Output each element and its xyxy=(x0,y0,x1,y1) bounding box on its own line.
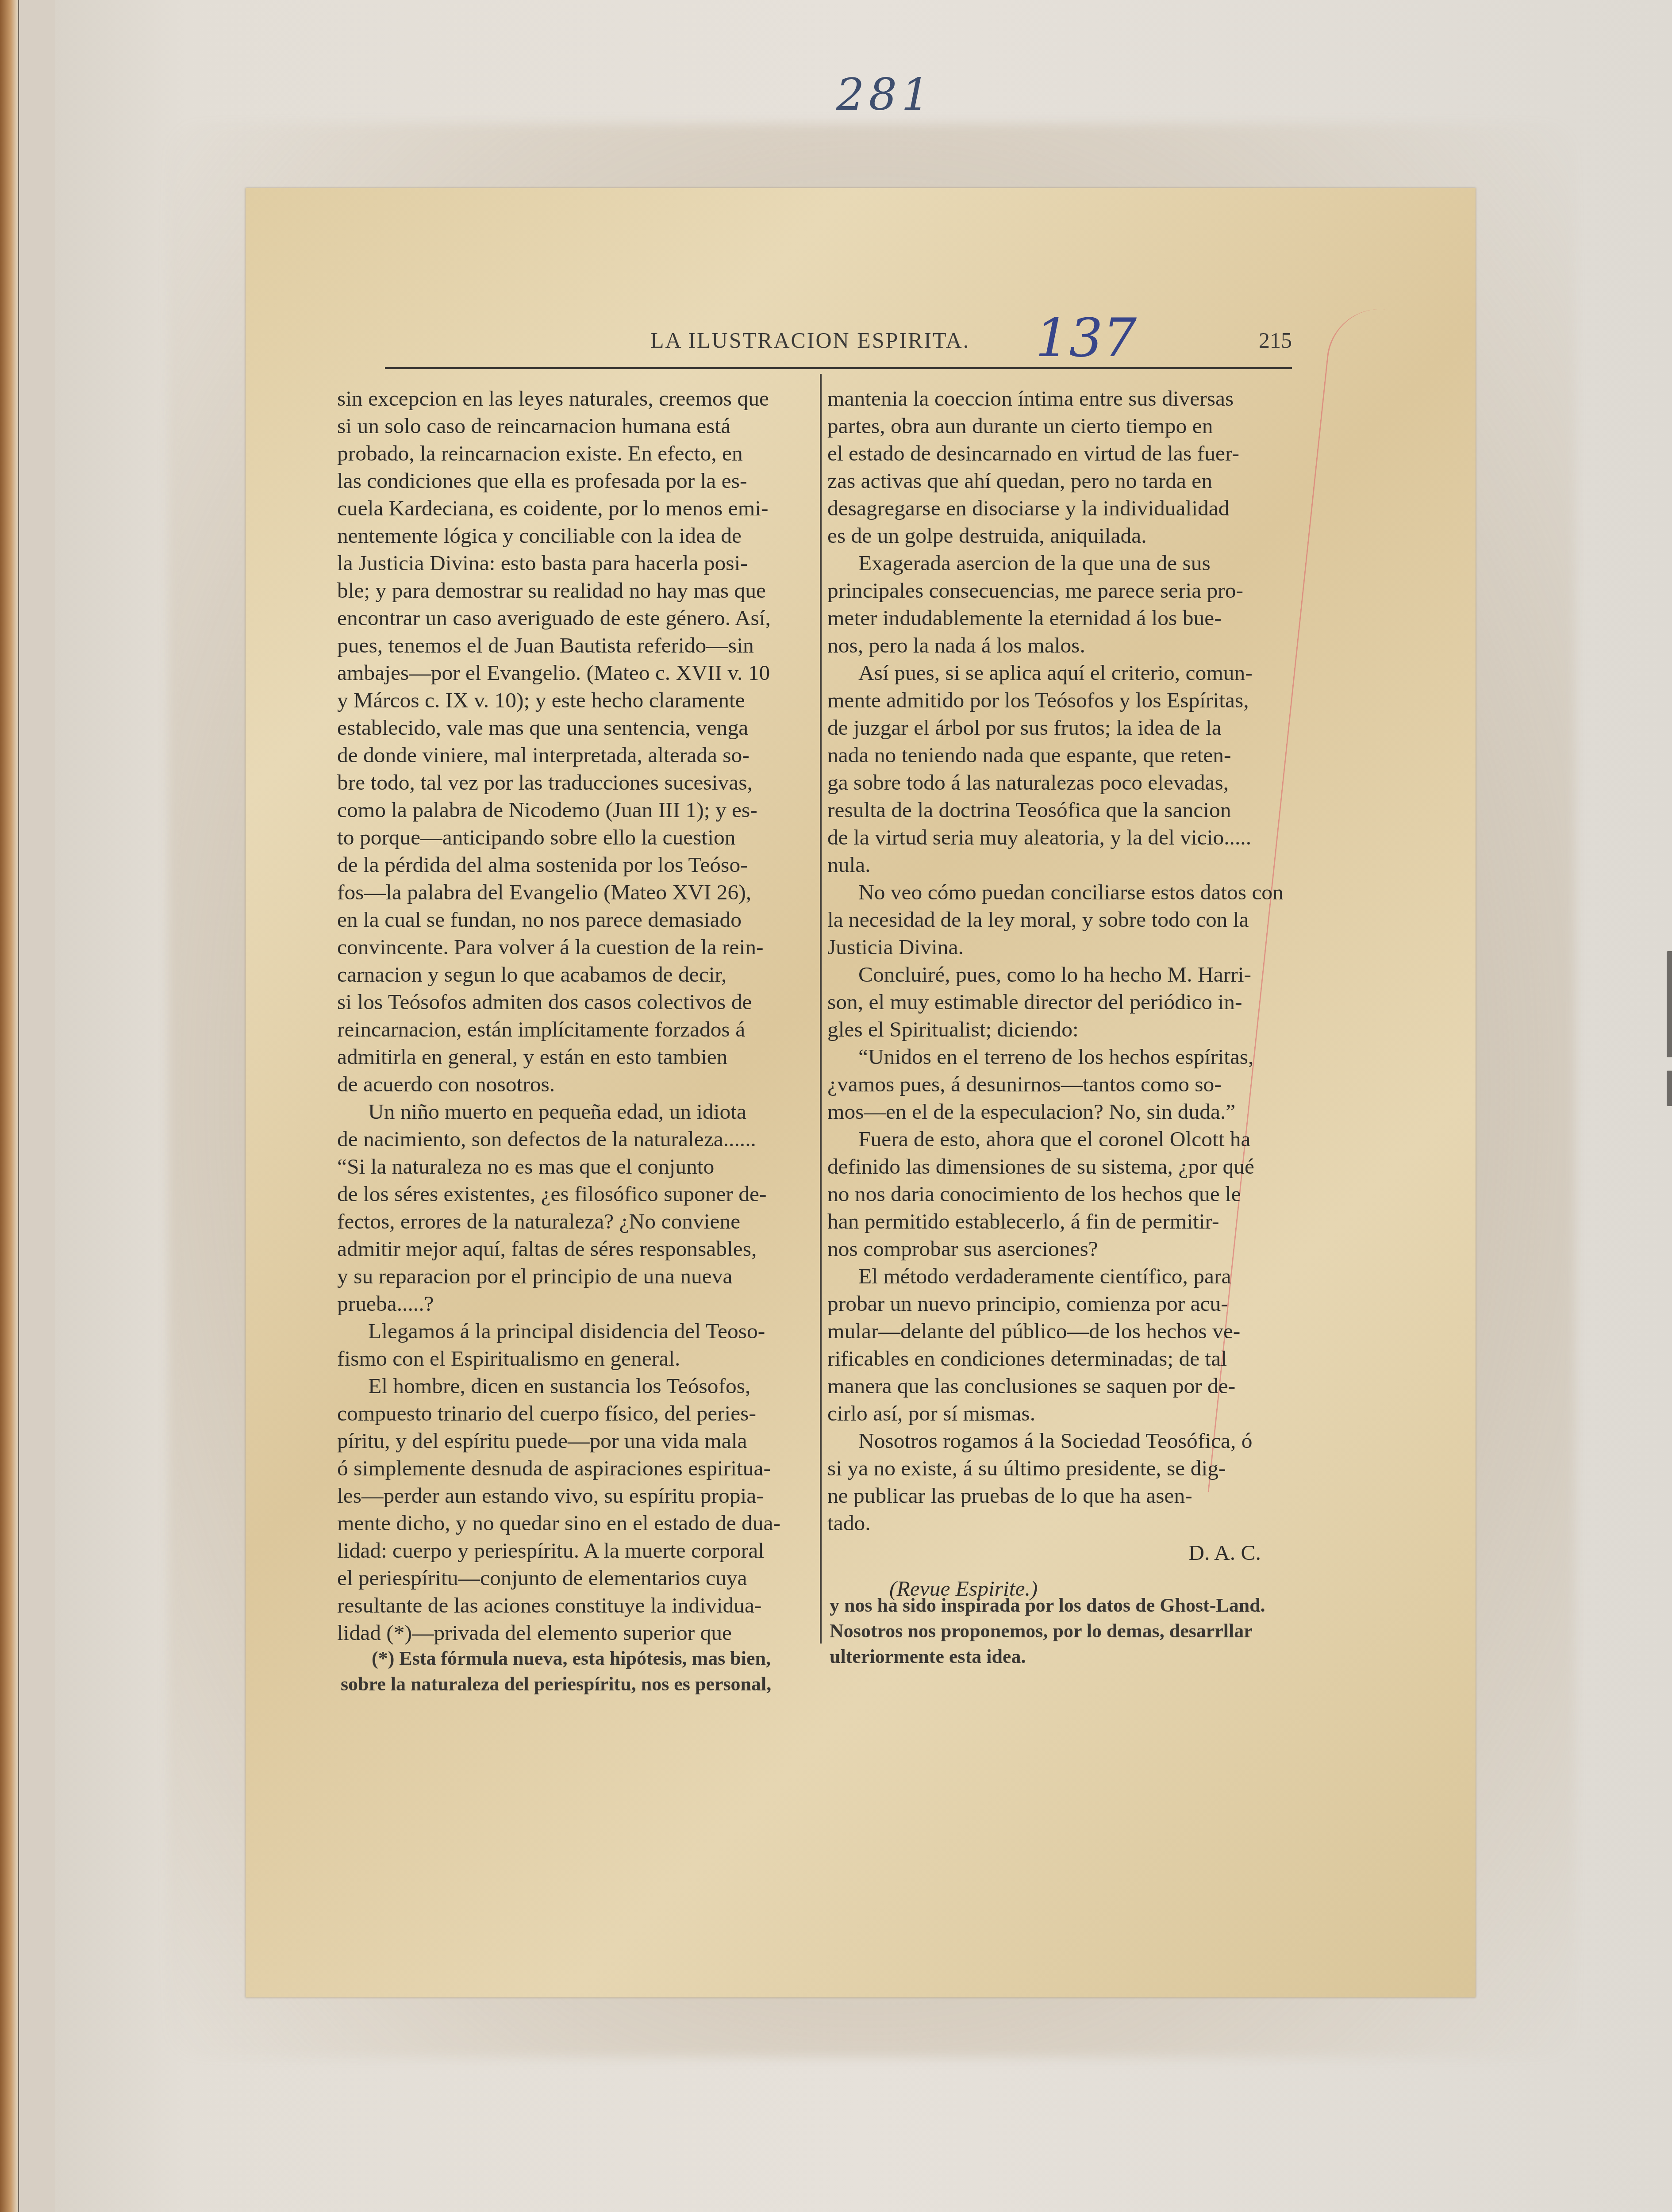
text-line: principales consecuencias, me parece ser… xyxy=(827,577,1305,604)
text-line: resulta de la doctrina Teosófica que la … xyxy=(827,796,1305,824)
text-line: fismo con el Espiritualismo en general. xyxy=(337,1345,824,1372)
text-line: bre todo, tal vez por las traducciones s… xyxy=(337,769,824,796)
text-line: nentemente lógica y conciliable con la i… xyxy=(337,522,824,549)
text-line: de la virtud seria muy aleatoria, y la d… xyxy=(827,824,1305,851)
text-line: resultante de las aciones constituye la … xyxy=(337,1592,824,1619)
text-line: y su reparacion por el principio de una … xyxy=(337,1263,824,1290)
text-line: sin excepcion en las leyes naturales, cr… xyxy=(337,385,824,412)
text-line: Llegamos á la principal disidencia del T… xyxy=(337,1317,824,1345)
text-line: El hombre, dicen en sustancia los Teósof… xyxy=(337,1372,824,1400)
text-line: de donde viniere, mal interpretada, alte… xyxy=(337,741,824,769)
text-line: las condiciones que ella es profesada po… xyxy=(337,467,824,495)
running-head: LA ILUSTRACION ESPIRITA. 215 xyxy=(385,327,1292,369)
page-tab-marker xyxy=(1667,1071,1672,1106)
text-line: Exagerada asercion de la que una de sus xyxy=(827,549,1305,577)
text-line: lidad (*)—privada del elemento superior … xyxy=(337,1619,824,1647)
text-line: ble; y para demostrar su realidad no hay… xyxy=(337,577,824,604)
text-line: definido las dimensiones de su sistema, … xyxy=(827,1153,1305,1180)
text-line: píritu, y del espíritu puede—por una vid… xyxy=(337,1427,824,1455)
text-line: lidad: cuerpo y periespíritu. A la muert… xyxy=(337,1537,824,1564)
text-line: “Si la naturaleza no es mas que el conju… xyxy=(337,1153,824,1180)
text-line: les—perder aun estando vivo, su espíritu… xyxy=(337,1482,824,1509)
footnote-line: sobre la naturaleza del periespíritu, no… xyxy=(341,1671,823,1697)
text-line: admitirla en general, y están en esto ta… xyxy=(337,1043,824,1071)
text-line: es de un golpe destruida, aniquilada. xyxy=(827,522,1305,549)
text-line: de nacimiento, son defectos de la natura… xyxy=(337,1125,824,1153)
text-line: reincarnacion, están implícitamente forz… xyxy=(337,1016,824,1043)
text-line: nos, pero la nada á los malos. xyxy=(827,632,1305,659)
text-line: nada no teniendo nada que espante, que r… xyxy=(827,741,1305,769)
left-text-column: sin excepcion en las leyes naturales, cr… xyxy=(337,385,824,1647)
handwritten-clipping-number: 137 xyxy=(1035,307,1137,369)
text-line: tado. xyxy=(827,1509,1305,1537)
text-line: mular—delante del público—de los hechos … xyxy=(827,1317,1305,1345)
text-line: y Márcos c. IX v. 10); y este hecho clar… xyxy=(337,687,824,714)
text-line: pues, tenemos el de Juan Bautista referi… xyxy=(337,632,824,659)
text-line: meter indudablemente la eternidad á los … xyxy=(827,604,1305,632)
text-line: el estado de desincarnado en virtud de l… xyxy=(827,440,1305,467)
text-line: nula. xyxy=(827,851,1305,879)
text-line: desagregarse en disociarse y la individu… xyxy=(827,495,1305,522)
footnote-line: Nosotros nos proponemos, por lo demas, d… xyxy=(830,1618,1307,1644)
text-line: prueba.....? xyxy=(337,1290,824,1317)
text-line: de acuerdo con nosotros. xyxy=(337,1071,824,1098)
text-line: han permitido establecerlo, á fin de per… xyxy=(827,1208,1305,1235)
text-line: fectos, errores de la naturaleza? ¿No co… xyxy=(337,1208,824,1235)
text-line: de juzgar el árbol por sus frutos; la id… xyxy=(827,714,1305,741)
text-line: mantenia la coeccion íntima entre sus di… xyxy=(827,385,1305,412)
text-line: gles el Spiritualist; diciendo: xyxy=(827,1016,1305,1043)
text-line: El método verdaderamente científico, par… xyxy=(827,1263,1305,1290)
text-line: son, el muy estimable director del perió… xyxy=(827,988,1305,1016)
page-tab-marker xyxy=(1667,1013,1672,1057)
text-line: No veo cómo puedan conciliarse estos dat… xyxy=(827,879,1305,906)
text-line: cirlo así, por sí mismas. xyxy=(827,1400,1305,1427)
text-line: mos—en el de la especulacion? No, sin du… xyxy=(827,1098,1305,1125)
text-line: el periespíritu—conjunto de elementarios… xyxy=(337,1564,824,1592)
text-line: zas activas que ahí quedan, pero no tard… xyxy=(827,467,1305,495)
text-line: convincente. Para volver á la cuestion d… xyxy=(337,933,824,961)
text-line: probado, la reincarnacion existe. En efe… xyxy=(337,440,824,467)
text-line: como la palabra de Nicodemo (Juan III 1)… xyxy=(337,796,824,824)
right-text-column: mantenia la coeccion íntima entre sus di… xyxy=(827,385,1305,1609)
text-line: si un solo caso de reincarnacion humana … xyxy=(337,412,824,440)
text-line: ¿vamos pues, á desunirnos—tantos como so… xyxy=(827,1071,1305,1098)
footnote-line: ulteriormente esta idea. xyxy=(830,1644,1307,1670)
footnote-left: (*) Esta fórmula nueva, esta hipótesis, … xyxy=(341,1646,823,1697)
text-line: fos—la palabra del Evangelio (Mateo XVI … xyxy=(337,879,824,906)
footnote-line: (*) Esta fórmula nueva, esta hipótesis, … xyxy=(341,1646,823,1671)
text-line: si los Teósofos admiten dos casos colect… xyxy=(337,988,824,1016)
footnote-line: y nos ha sido inspirada por los datos de… xyxy=(830,1593,1307,1618)
text-line: rificables en condiciones determinadas; … xyxy=(827,1345,1305,1372)
text-line: Justicia Divina. xyxy=(827,933,1305,961)
text-line: Fuera de esto, ahora que el coronel Olco… xyxy=(827,1125,1305,1153)
text-line: compuesto trinario del cuerpo físico, de… xyxy=(337,1400,824,1427)
text-line: de la pérdida del alma sostenida por los… xyxy=(337,851,824,879)
text-line: nos comprobar sus aserciones? xyxy=(827,1235,1305,1263)
text-line: Un niño muerto en pequeña edad, un idiot… xyxy=(337,1098,824,1125)
text-line: to porque—anticipando sobre ello la cues… xyxy=(337,824,824,851)
text-line: carnacion y segun lo que acabamos de dec… xyxy=(337,961,824,988)
text-line: la necesidad de la ley moral, y sobre to… xyxy=(827,906,1305,933)
text-line: probar un nuevo principio, comienza por … xyxy=(827,1290,1305,1317)
printed-page-number: 215 xyxy=(1259,327,1292,353)
text-line: partes, obra aun durante un cierto tiemp… xyxy=(827,412,1305,440)
handwritten-album-page-number: 281 xyxy=(836,69,934,120)
text-line: ó simplemente desnuda de aspiraciones es… xyxy=(337,1455,824,1482)
text-line: ne publicar las pruebas de lo que ha ase… xyxy=(827,1482,1305,1509)
text-line: cuela Kardeciana, es coidente, por lo me… xyxy=(337,495,824,522)
journal-title: LA ILUSTRACION ESPIRITA. xyxy=(650,327,970,353)
text-line: mente dicho, y no quedar sino en el esta… xyxy=(337,1509,824,1537)
text-line: encontrar un caso averiguado de este gén… xyxy=(337,604,824,632)
text-line: Nosotros rogamos á la Sociedad Teosófica… xyxy=(827,1427,1305,1455)
author-signature: D. A. C. xyxy=(827,1537,1305,1569)
text-line: de los séres existentes, ¿es filosófico … xyxy=(337,1180,824,1208)
text-line: “Unidos en el terreno de los hechos espí… xyxy=(827,1043,1305,1071)
text-line: ga sobre todo á las naturalezas poco ele… xyxy=(827,769,1305,796)
text-line: manera que las conclusiones se saquen po… xyxy=(827,1372,1305,1400)
text-line: la Justicia Divina: esto basta para hace… xyxy=(337,549,824,577)
text-line: en la cual se fundan, no nos parece dema… xyxy=(337,906,824,933)
text-line: Concluiré, pues, como lo ha hecho M. Har… xyxy=(827,961,1305,988)
text-line: si ya no existe, á su último presidente,… xyxy=(827,1455,1305,1482)
text-line: admitir mejor aquí, faltas de séres resp… xyxy=(337,1235,824,1263)
footnote-right: y nos ha sido inspirada por los datos de… xyxy=(830,1593,1307,1670)
text-line: ambajes—por el Evangelio. (Mateo c. XVII… xyxy=(337,659,824,687)
text-line: Así pues, si se aplica aquí el criterio,… xyxy=(827,659,1305,687)
text-line: establecido, vale mas que una sentencia,… xyxy=(337,714,824,741)
binding-strip xyxy=(18,0,57,2212)
text-line: no nos daria conocimiento de los hechos … xyxy=(827,1180,1305,1208)
book-spine-edge xyxy=(0,0,18,2212)
text-line: mente admitido por los Teósofos y los Es… xyxy=(827,687,1305,714)
